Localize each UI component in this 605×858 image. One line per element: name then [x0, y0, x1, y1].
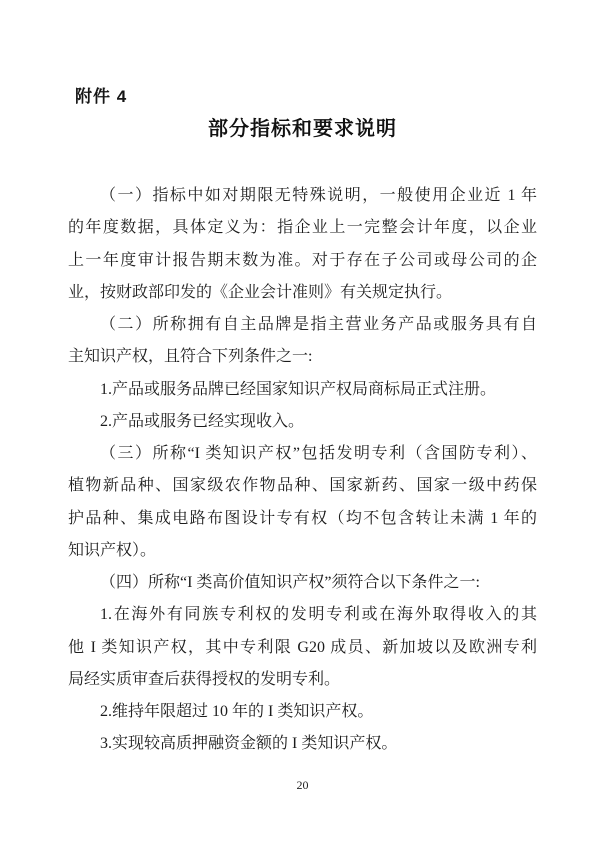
text-line: 知识产权）。	[68, 535, 537, 567]
text-line: 主知识产权，且符合下列条件之一:	[68, 341, 537, 373]
text-line: （一）指标中如对期限无特殊说明，一般使用企业近 1 年	[68, 180, 537, 212]
page-title: 部分指标和要求说明	[0, 112, 605, 141]
text-line: 他 I 类知识产权，其中专利限 G20 成员、新加坡以及欧洲专利	[68, 632, 537, 664]
text-line: 2.产品或服务已经实现收入。	[68, 406, 537, 438]
text-line: 的年度数据，具体定义为：指企业上一完整会计年度，以企业	[68, 212, 537, 244]
document-page: 附件 4 部分指标和要求说明 （一）指标中如对期限无特殊说明，一般使用企业近 1…	[0, 0, 605, 858]
text-line: 1.产品或服务品牌已经国家知识产权局商标局正式注册。	[68, 374, 537, 406]
document-body: （一）指标中如对期限无特殊说明，一般使用企业近 1 年的年度数据，具体定义为：指…	[68, 180, 537, 761]
annex-label: 附件 4	[75, 82, 127, 107]
text-line: 2.维持年限超过 10 年的 I 类知识产权。	[68, 696, 537, 728]
text-line: （四）所称“I 类高价值知识产权”须符合以下条件之一:	[68, 567, 537, 599]
text-line: 3.实现较高质押融资金额的 I 类知识产权。	[68, 728, 537, 760]
text-line: 上一年度审计报告期末数为准。对于存在子公司或母公司的企	[68, 245, 537, 277]
text-line: 植物新品种、国家级农作物品种、国家新药、国家一级中药保	[68, 470, 537, 502]
text-line: 1.在海外有同族专利权的发明专利或在海外取得收入的其	[68, 599, 537, 631]
text-line: （二）所称拥有自主品牌是指主营业务产品或服务具有自	[68, 309, 537, 341]
text-line: 局经实质审查后获得授权的发明专利。	[68, 664, 537, 696]
text-line: 业，按财政部印发的《企业会计准则》有关规定执行。	[68, 277, 537, 309]
text-line: 护品种、集成电路布图设计专有权（均不包含转让未满 1 年的	[68, 503, 537, 535]
text-line: （三）所称“I 类知识产权”包括发明专利（含国防专利）、	[68, 438, 537, 470]
page-number: 20	[0, 778, 605, 793]
